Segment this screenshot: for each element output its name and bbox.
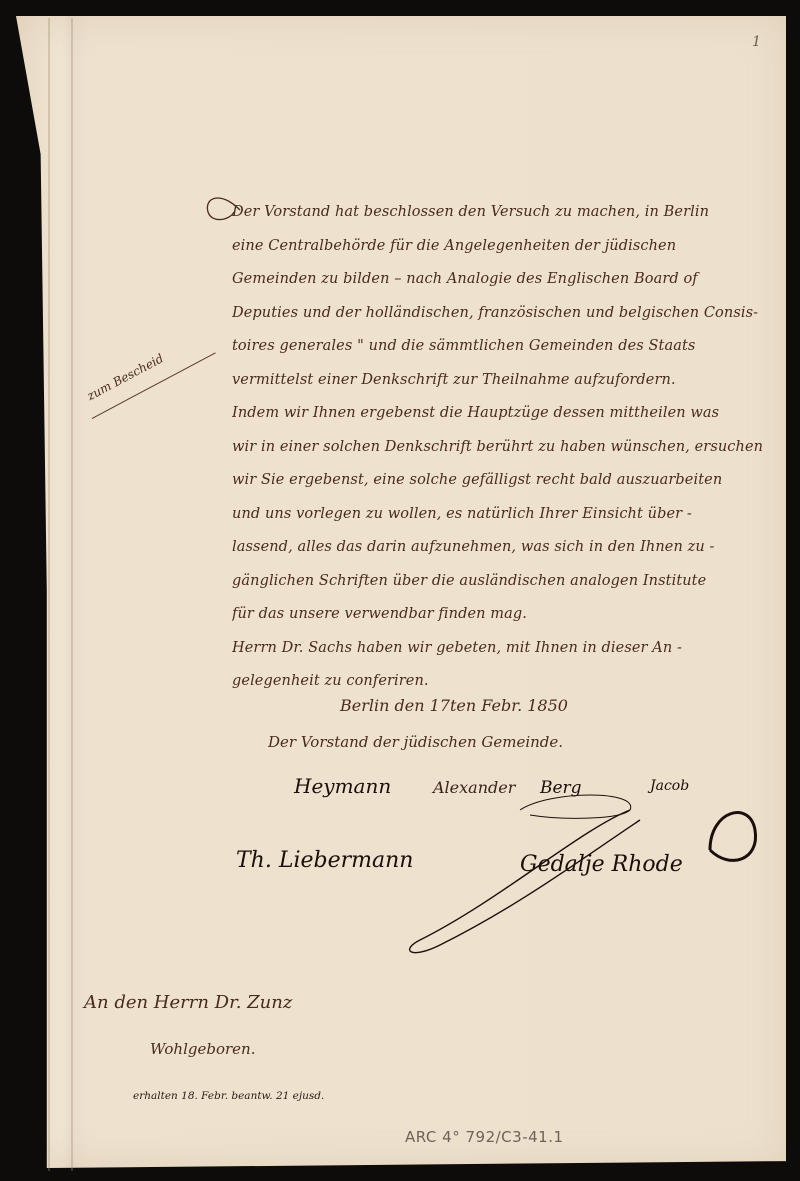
addressee: An den Herrn Dr. Zunz bbox=[84, 992, 292, 1013]
body-line: gelegenheit zu conferiren. bbox=[232, 665, 792, 699]
paper-fold-line bbox=[48, 18, 50, 1171]
body-line: und uns vorlegen zu wollen, es natürlich… bbox=[232, 498, 792, 532]
body-line: für das unsere verwendbar finden mag. bbox=[232, 598, 792, 632]
body-line: Herrn Dr. Sachs haben wir gebeten, mit I… bbox=[232, 632, 792, 666]
body-line: toires generales " und die sämmtlichen G… bbox=[232, 330, 792, 364]
paper-fold-line bbox=[71, 18, 73, 1171]
page-number: 1 bbox=[752, 34, 761, 50]
receipt-note: erhalten 18. Febr. beantw. 21 ejusd. bbox=[133, 1090, 324, 1102]
sender-line: Der Vorstand der jüdischen Gemeinde. bbox=[268, 733, 563, 751]
body-line: eine Centralbehörde für die Angelegenhei… bbox=[232, 230, 792, 264]
signature: Heymann bbox=[294, 774, 391, 798]
body-line: Indem wir Ihnen ergebenst die Hauptzüge … bbox=[232, 397, 792, 431]
body-line: lassend, alles das darin aufzunehmen, wa… bbox=[232, 531, 792, 565]
place-date: Berlin den 17ten Febr. 1850 bbox=[340, 696, 568, 715]
letter-body: Der Vorstand hat beschlossen den Versuch… bbox=[232, 196, 792, 699]
signature-flourish-icon bbox=[380, 790, 780, 960]
body-line: Deputies und der holländischen, französi… bbox=[232, 297, 792, 331]
honorific: Wohlgeboren. bbox=[150, 1040, 255, 1058]
body-line: wir Sie ergebenst, eine solche gefälligs… bbox=[232, 464, 792, 498]
archive-shelfmark: ARC 4° 792/C3-41.1 bbox=[405, 1128, 564, 1146]
body-line: vermittelst einer Denkschrift zur Theiln… bbox=[232, 364, 792, 398]
body-line: wir in einer solchen Denkschrift berührt… bbox=[232, 431, 792, 465]
body-line: gänglichen Schriften über die ausländisc… bbox=[232, 565, 792, 599]
body-line: Der Vorstand hat beschlossen den Versuch… bbox=[232, 196, 792, 230]
body-line: Gemeinden zu bilden – nach Analogie des … bbox=[232, 263, 792, 297]
